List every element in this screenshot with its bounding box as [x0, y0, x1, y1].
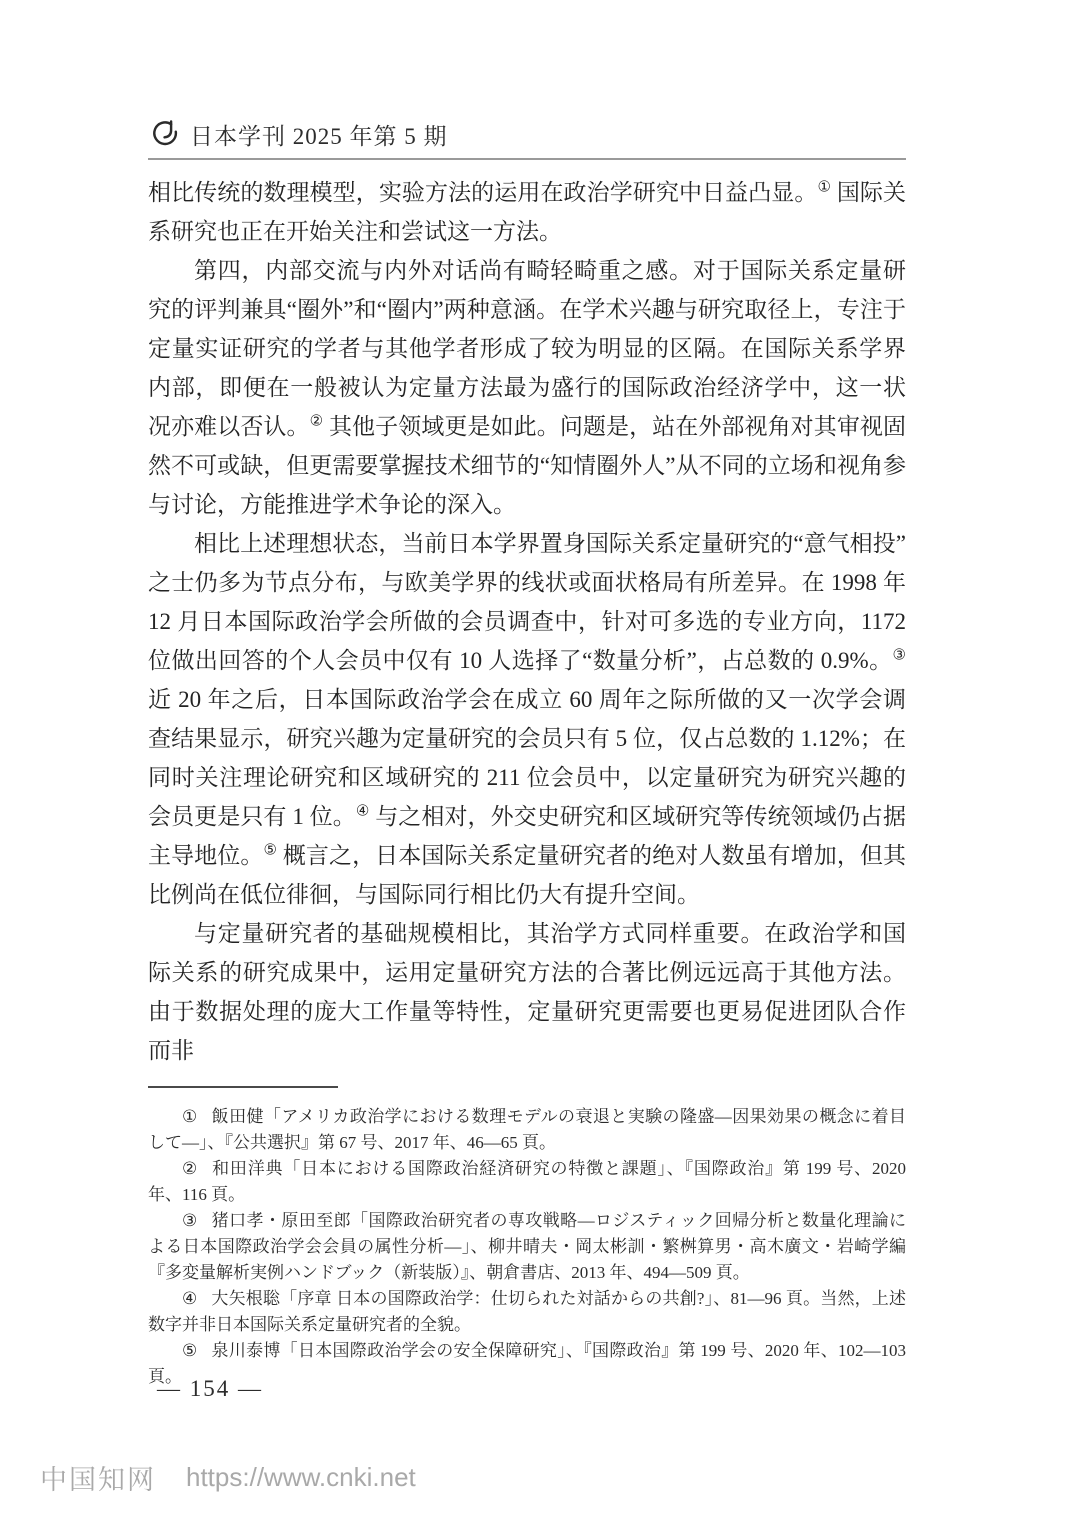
body-paragraph: 相比上述理想状态，当前日本学界置身国际关系定量研究的“意气相投”之士仍多为节点分…	[148, 524, 906, 914]
watermark-url: https://www.cnki.net	[186, 1462, 416, 1493]
footnote-item: ①飯田健「アメリカ政治学における数理モデルの衰退と実験の隆盛—因果効果の概念に着…	[148, 1104, 906, 1156]
footnote-number: ②	[182, 1159, 198, 1178]
footnote-text: 猪口孝・原田至郎「国際政治研究者の専攻戦略—ロジスティック回帰分析と数量化理論に…	[148, 1211, 906, 1282]
footnote-item: ③猪口孝・原田至郎「国際政治研究者の専攻戦略—ロジスティック回帰分析と数量化理論…	[148, 1208, 906, 1286]
footnote-number: ⑤	[182, 1341, 198, 1360]
footnote-number: ④	[182, 1289, 197, 1308]
footnote-list: ①飯田健「アメリカ政治学における数理モデルの衰退と実験の隆盛—因果効果の概念に着…	[148, 1104, 906, 1390]
footnote-ref: ⑤	[263, 842, 277, 858]
footnote-item: ④大矢根聡「序章 日本の国際政治学：仕切られた対話からの共創?」、81—96 頁…	[148, 1286, 906, 1338]
footnote-ref: ④	[356, 803, 370, 819]
footnote-text: 和田洋典「日本における国際政治経済研究の特徴と課題」、『国際政治』第 199 号…	[148, 1159, 906, 1204]
journal-scan-page: 日本学刊 2025 年第 5 期 相比传统的数理模型，实验方法的运用在政治学研究…	[0, 0, 1080, 1527]
body-paragraph: 与定量研究者的基础规模相比，其治学方式同样重要。在政治学和国际关系的研究成果中，…	[148, 914, 906, 1070]
page-header: 日本学刊 2025 年第 5 期	[150, 118, 448, 151]
footnote-item: ②和田洋典「日本における国際政治経済研究の特徴と課題」、『国際政治』第 199 …	[148, 1156, 906, 1208]
footnote-text: 大矢根聡「序章 日本の国際政治学：仕切られた対話からの共創?」、81—96 頁。…	[148, 1289, 906, 1334]
footnote-text: 飯田健「アメリカ政治学における数理モデルの衰退と実験の隆盛—因果効果の概念に着目…	[148, 1107, 906, 1152]
article-body: 相比传统的数理模型，实验方法的运用在政治学研究中日益凸显。① 国际关系研究也正在…	[148, 173, 906, 1070]
body-paragraph: 第四，内部交流与内外对话尚有畸轻畸重之感。对于国际关系定量研究的评判兼具“圈外”…	[148, 251, 906, 524]
footnote-number: ③	[182, 1211, 198, 1230]
footnotes-section: ①飯田健「アメリカ政治学における数理モデルの衰退と実験の隆盛—因果効果の概念に着…	[148, 1086, 906, 1390]
page-number: — 154 —	[157, 1376, 263, 1402]
header-divider	[148, 158, 906, 160]
footnote-divider	[148, 1086, 338, 1088]
footnote-ref: ①	[817, 179, 831, 195]
cnki-watermark: 中国知网 https://www.cnki.net	[40, 1458, 416, 1497]
journal-logo-icon	[150, 119, 180, 151]
footnote-ref: ③	[893, 647, 906, 663]
body-paragraph: 相比传统的数理模型，实验方法的运用在政治学研究中日益凸显。① 国际关系研究也正在…	[148, 173, 906, 251]
footnote-ref: ②	[310, 413, 324, 429]
watermark-site-name: 中国知网	[40, 1458, 156, 1497]
journal-title: 日本学刊 2025 年第 5 期	[190, 118, 448, 151]
footnote-number: ①	[182, 1107, 198, 1126]
